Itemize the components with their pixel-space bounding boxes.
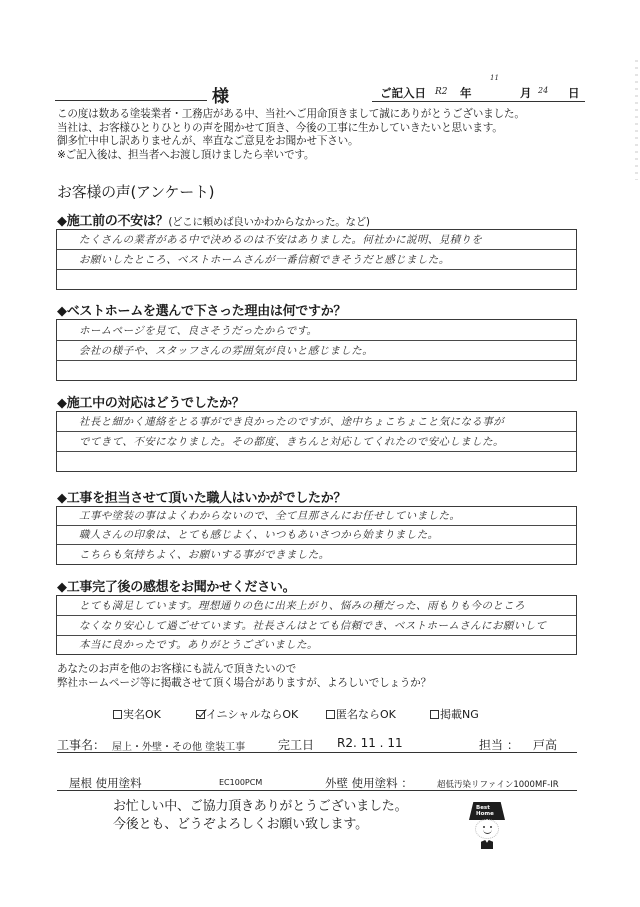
option-label: 匿名ならOK <box>336 708 396 721</box>
consent-option-initials[interactable]: イニシャルならOK <box>196 706 298 722</box>
smile-icon <box>483 829 492 834</box>
roof-paint-value: EC100PCM <box>219 778 262 787</box>
answer-text: 会社の様子や、スタッフさんの雰囲気が良いと感じました。 <box>79 343 373 358</box>
answer-box[interactable]: たくさんの業者がある中で決めるのは不安はありました。何社かに説明、見積りを お願… <box>56 229 577 290</box>
question-heading: ◆工事完了後の感想をお聞かせください。 <box>57 576 295 595</box>
answer-box[interactable]: 工事や塗装の事はよくわからないので、全て旦那さんにお任せしていました。 職人さん… <box>56 506 577 565</box>
question-title: ◆施工前の不安は？ <box>57 214 168 229</box>
customer-honorific: 様 <box>212 82 229 107</box>
closing-line: お忙しい中、ご協力頂きありがとうございました。 <box>113 798 407 816</box>
checkbox-icon[interactable] <box>430 710 439 719</box>
question-title: ◆工事完了後の感想をお聞かせください。 <box>57 580 295 595</box>
answer-row[interactable]: 工事や塗装の事はよくわからないので、全て旦那さんにお任せしていました。 <box>57 507 576 526</box>
customer-name-field[interactable] <box>55 100 207 101</box>
paint-info-line: 屋根 使用塗料 EC100PCM 外壁 使用塗料 ： 超低汚染リファイン1000… <box>57 772 577 791</box>
answer-text: 本当に良かったです。ありがとうございました。 <box>79 637 318 652</box>
answer-row[interactable]: お願いしたところ、ベストホームさんが一番信頼できそうだと感じました。 <box>57 250 576 270</box>
intro-paragraph: この度は数ある塗装業者・工務店がある中、当社へご用命頂きまして誠にありがとうござ… <box>57 108 525 162</box>
question-heading: ◆工事を担当させて頂いた職人はいかがでしたか？ <box>57 487 346 506</box>
closing-line: 今後とも、どうぞよろしくお願い致します。 <box>113 816 407 834</box>
answer-text: 社長と細かく連絡をとる事ができ良かったのですが、途中ちょこちょこと気になる事が <box>79 414 504 429</box>
mascot-hat: Best Home <box>469 802 505 820</box>
answer-box[interactable]: とても満足しています。理想通りの色に出来上がり、悩みの種だった、雨もりも今のとこ… <box>56 595 577 655</box>
answer-text: お願いしたところ、ベストホームさんが一番信頼できそうだと感じました。 <box>79 252 450 267</box>
intro-line: 当社は、お客様ひとりひとりの声を聞かせて頂き、今後の工事に生かしていきたいと思い… <box>57 122 525 136</box>
work-info-line: 工事名： 屋上・外壁・その他 塗装工事 完工日 R2. 11 . 11 担当 ：… <box>57 736 577 753</box>
answer-text: たくさんの業者がある中で決めるのは不安はありました。何社かに説明、見積りを <box>79 232 482 247</box>
wall-paint-value: 超低汚染リファイン1000MF-IR <box>437 778 559 790</box>
entry-date-day[interactable]: 24 <box>538 86 548 95</box>
question-subtitle: (どこに頼めば良いかわからなかった。など) <box>168 216 369 228</box>
question-heading: ◆ベストホームを選んで下さった理由は何ですか？ <box>57 300 346 319</box>
answer-row[interactable]: ホームページを見て、良さそうだったからです。 <box>57 320 576 341</box>
answer-text: ホームページを見て、良さそうだったからです。 <box>79 323 317 338</box>
eye-icon <box>490 826 492 828</box>
intro-line: この度は数ある塗装業者・工務店がある中、当社へご用命頂きまして誠にありがとうござ… <box>57 108 525 122</box>
logo-text: Home <box>476 811 505 817</box>
option-label: イニシャルならOK <box>206 708 298 721</box>
work-name-label: 工事名： <box>57 736 105 753</box>
eye-icon <box>483 826 485 828</box>
answer-row[interactable]: とても満足しています。理想通りの色に出来上がり、悩みの種だった、雨もりも今のとこ… <box>57 596 576 616</box>
answer-text: とても満足しています。理想通りの色に出来上がり、悩みの種だった、雨もりも今のとこ… <box>79 598 525 613</box>
answer-text: なくなり安心して過ごせています。社長さんはとても信頼でき、ベストホームさんにお願… <box>79 618 546 633</box>
answer-text: 職人さんの印象は、とても感じよく、いつもあいさつから始まりました。 <box>79 527 439 542</box>
answer-row[interactable]: たくさんの業者がある中で決めるのは不安はありました。何社かに説明、見積りを <box>57 230 576 250</box>
consent-option-no-publish[interactable]: 掲載NG <box>430 706 479 722</box>
entry-date-label: ご記入日 <box>380 85 426 101</box>
answer-row[interactable]: 会社の様子や、スタッフさんの雰囲気が良いと感じました。 <box>57 341 576 361</box>
answer-row[interactable]: 本当に良かったです。ありがとうございました。 <box>57 636 576 654</box>
scan-edge-artifact <box>635 60 638 180</box>
consent-option-real-name[interactable]: 実名OK <box>113 706 161 722</box>
best-home-mascot-logo: Best Home <box>467 802 507 850</box>
checkbox-icon[interactable] <box>326 710 335 719</box>
day-label: 日 <box>568 85 580 101</box>
option-label: 掲載NG <box>440 708 479 721</box>
wall-paint-label: 外壁 使用塗料 ： <box>325 775 413 791</box>
answer-row[interactable] <box>57 452 576 471</box>
checkbox-icon[interactable] <box>113 710 122 719</box>
consent-text: 弊社ホームページ等に掲載させて頂く場合がありますが、よろしいでしょうか？ <box>57 676 431 690</box>
staff-value: 戸高 <box>533 736 557 753</box>
answer-text: 工事や塗装の事はよくわからないので、全て旦那さんにお任せしていました。 <box>79 508 460 523</box>
answer-text: こちらも気持ちよく、お願いする事ができました。 <box>79 547 330 562</box>
question-title: ◆施工中の対応はどうでしたか？ <box>57 396 245 411</box>
entry-date-year[interactable]: R2 <box>435 87 448 97</box>
month-label: 月 <box>520 85 532 101</box>
answer-row[interactable] <box>57 361 576 380</box>
mascot-face-icon <box>475 819 499 839</box>
question-title: ◆ベストホームを選んで下さった理由は何ですか？ <box>57 304 346 319</box>
completion-value: R2. 11 . 11 <box>337 736 403 750</box>
work-name-value: 屋上・外壁・その他 塗装工事 <box>112 738 245 753</box>
question-title: ◆工事を担当させて頂いた職人はいかがでしたか？ <box>57 491 346 506</box>
consent-text: あなたのお声を他のお客様にも読んで頂きたいので <box>57 662 431 676</box>
entry-date-month[interactable]: 11 <box>490 74 499 82</box>
consent-question: あなたのお声を他のお客様にも読んで頂きたいので 弊社ホームページ等に掲載させて頂… <box>57 662 431 690</box>
answer-row[interactable]: 職人さんの印象は、とても感じよく、いつもあいさつから始まりました。 <box>57 526 576 545</box>
intro-line: 御多忙中申し訳ありませんが、率直なご意見をお聞かせ下さい。 <box>57 135 525 149</box>
answer-row[interactable] <box>57 270 576 289</box>
completion-label: 完工日 <box>278 736 314 753</box>
question-heading: ◆施工中の対応はどうでしたか？ <box>57 392 245 411</box>
year-label: 年 <box>460 85 472 101</box>
answer-box[interactable]: 社長と細かく連絡をとる事ができ良かったのですが、途中ちょこちょこと気になる事が … <box>56 411 577 472</box>
consent-option-anonymous[interactable]: 匿名ならOK <box>326 706 396 722</box>
entry-date-field: ご記入日 R2 年 11 月 24 日 <box>372 85 585 102</box>
answer-text: でてきて、不安になりました。その都度、きちんと対応してくれたので安心しました。 <box>79 434 504 449</box>
answer-row[interactable]: でてきて、不安になりました。その都度、きちんと対応してくれたので安心しました。 <box>57 432 576 452</box>
mascot-body <box>481 840 493 849</box>
intro-line: ※ご記入後は、担当者へお渡し頂けましたら幸いです。 <box>57 149 525 163</box>
checkbox-checked-icon[interactable] <box>196 710 205 719</box>
answer-box[interactable]: ホームページを見て、良さそうだったからです。 会社の様子や、スタッフさんの雰囲気… <box>56 319 577 381</box>
answer-row[interactable]: こちらも気持ちよく、お願いする事ができました。 <box>57 545 576 564</box>
option-label: 実名OK <box>123 708 161 721</box>
answer-row[interactable]: 社長と細かく連絡をとる事ができ良かったのですが、途中ちょこちょこと気になる事が <box>57 412 576 432</box>
roof-paint-label: 屋根 使用塗料 <box>69 775 142 791</box>
closing-message: お忙しい中、ご協力頂きありがとうございました。 今後とも、どうぞよろしくお願い致… <box>113 798 407 834</box>
answer-row[interactable]: なくなり安心して過ごせています。社長さんはとても信頼でき、ベストホームさんにお願… <box>57 616 576 636</box>
staff-label: 担当 ： <box>479 736 519 753</box>
question-heading: ◆施工前の不安は？(どこに頼めば良いかわからなかった。など) <box>57 210 370 229</box>
survey-title: お客様の声(アンケート) <box>57 181 214 202</box>
